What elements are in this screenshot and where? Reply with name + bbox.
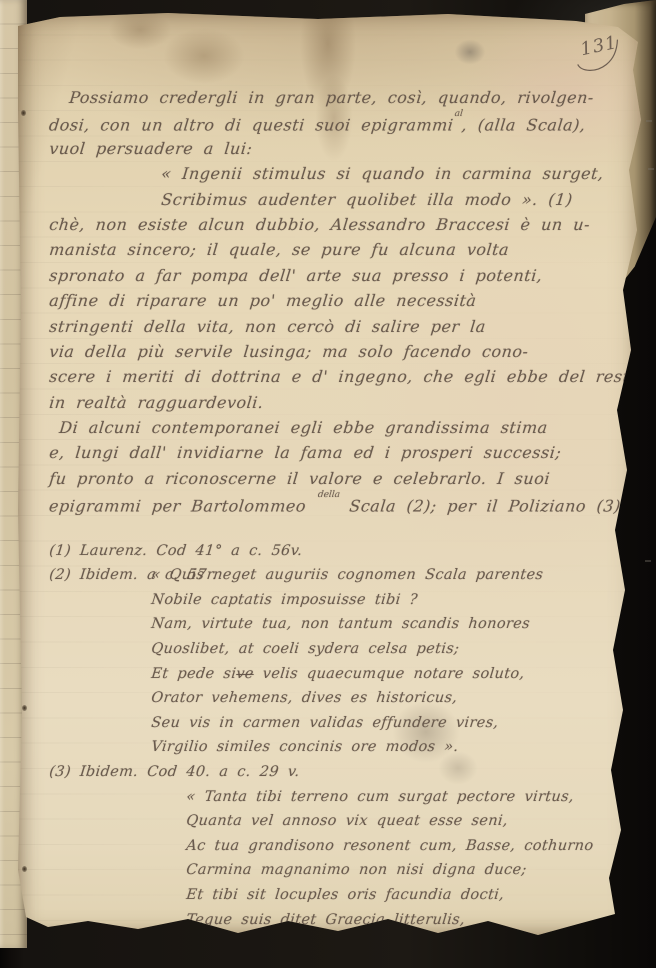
latin-verse-line: Et tibi sit locuples oris facundia docti… (48, 883, 623, 908)
page-number: 131 (566, 29, 629, 80)
line-text: epigrammi per Bartolommeo (48, 497, 318, 516)
footnote-label: (2) Ibidem. a c. 57r. (48, 563, 219, 588)
footnotes-section: (1) Laurenz. Cod 41° a c. 56v. (2) Ibide… (48, 539, 620, 933)
manuscript-line: fu pronto a riconoscerne il valore e cel… (48, 466, 623, 491)
latin-verse-line: Quanta vel annoso vix queat esse seni, (48, 809, 623, 834)
inserted-word: al (454, 109, 463, 119)
binding-speck (22, 866, 27, 872)
manuscript-line: Di alcuni contemporanei egli ebbe grandi… (48, 415, 623, 440)
manuscript-line: chè, non esiste alcun dubbio, Alessandro… (48, 212, 623, 237)
latin-verse-line: « Ingenii stimulus si quando in carmina … (48, 161, 623, 186)
latin-verse-line: Et pede sive velis quaecumque notare sol… (48, 662, 623, 687)
latin-verse-line: Teque suis ditet Graecia litterulis, (48, 908, 623, 933)
manuscript-line: stringenti della vita, non cercò di sali… (48, 314, 623, 339)
book-block-mark (646, 120, 652, 122)
footnote-line: (3) Ibidem. Cod 40. a c. 29 v. (48, 760, 623, 785)
line-text: velis quaecumque notare soluto, (253, 666, 525, 682)
book-block-mark (645, 560, 651, 562)
manuscript-line: epigrammi per Bartolommeo della Scala (2… (48, 491, 623, 516)
latin-verse-line: « Tanta tibi terreno cum surgat pectore … (48, 785, 623, 810)
latin-verse-line: Ac tua grandisono resonent cum, Basse, c… (48, 834, 623, 859)
latin-verse-line: Nobile captatis imposuisse tibi ? (48, 588, 623, 613)
manuscript-page: 131 Possiamo credergli in gran parte, co… (18, 10, 644, 938)
manuscript-line: dosi, con un altro di questi suoi epigra… (48, 110, 623, 135)
manuscript-line: Possiamo credergli in gran parte, così, … (48, 85, 623, 110)
binding-speck (22, 705, 27, 711)
inserted-word: della (317, 490, 340, 500)
page-number-flourish (568, 35, 628, 79)
manuscript-line: spronato a far pompa dell' arte sua pres… (48, 263, 623, 288)
latin-verse-line: Scribimus audenter quolibet illa modo ».… (48, 187, 623, 212)
latin-verse-line: Carmina magnanimo non nisi digna duce; (48, 858, 623, 883)
footnote-line: (1) Laurenz. Cod 41° a c. 56v. (48, 539, 623, 564)
manuscript-line: vuol persuadere a lui: (48, 136, 623, 161)
manuscript-line: via della più servile lusinga; ma solo f… (48, 339, 623, 364)
latin-verse-line: Orator vehemens, dives es historicus, (48, 686, 623, 711)
latin-verse-line: Nam, virtute tua, non tantum scandis hon… (48, 612, 623, 637)
manuscript-line: in realtà ragguardevoli. (48, 390, 623, 415)
footnote-line: (2) Ibidem. a c. 57r. « Quis neget augur… (48, 563, 623, 588)
book-block-mark (648, 168, 654, 170)
latin-verse-line: Seu vis in carmen validas effundere vire… (48, 711, 623, 736)
manuscript-line: e, lungi dall' invidiarne la fama ed i p… (48, 440, 623, 465)
latin-verse-line: Quoslibet, at coeli sydera celsa petis; (48, 637, 623, 662)
manuscript-text: Possiamo credergli in gran parte, così, … (48, 85, 620, 932)
manuscript-line: manista sincero; il quale, se pure fu al… (48, 237, 623, 262)
manuscript-line: scere i meriti di dottrina e d' ingegno,… (48, 364, 623, 389)
binding-speck (21, 110, 26, 116)
latin-verse-line: Virgilio similes concinis ore modos ». (48, 735, 623, 760)
line-text: Et pede si (150, 666, 237, 682)
line-text: Scala (2); per il Poliziano (3) (338, 497, 622, 516)
line-text: dosi, con un altro di questi suoi epigra… (48, 116, 454, 135)
manuscript-line: affine di riparare un po' meglio alle ne… (48, 288, 623, 313)
line-text: , (alla Scala), (461, 116, 587, 135)
